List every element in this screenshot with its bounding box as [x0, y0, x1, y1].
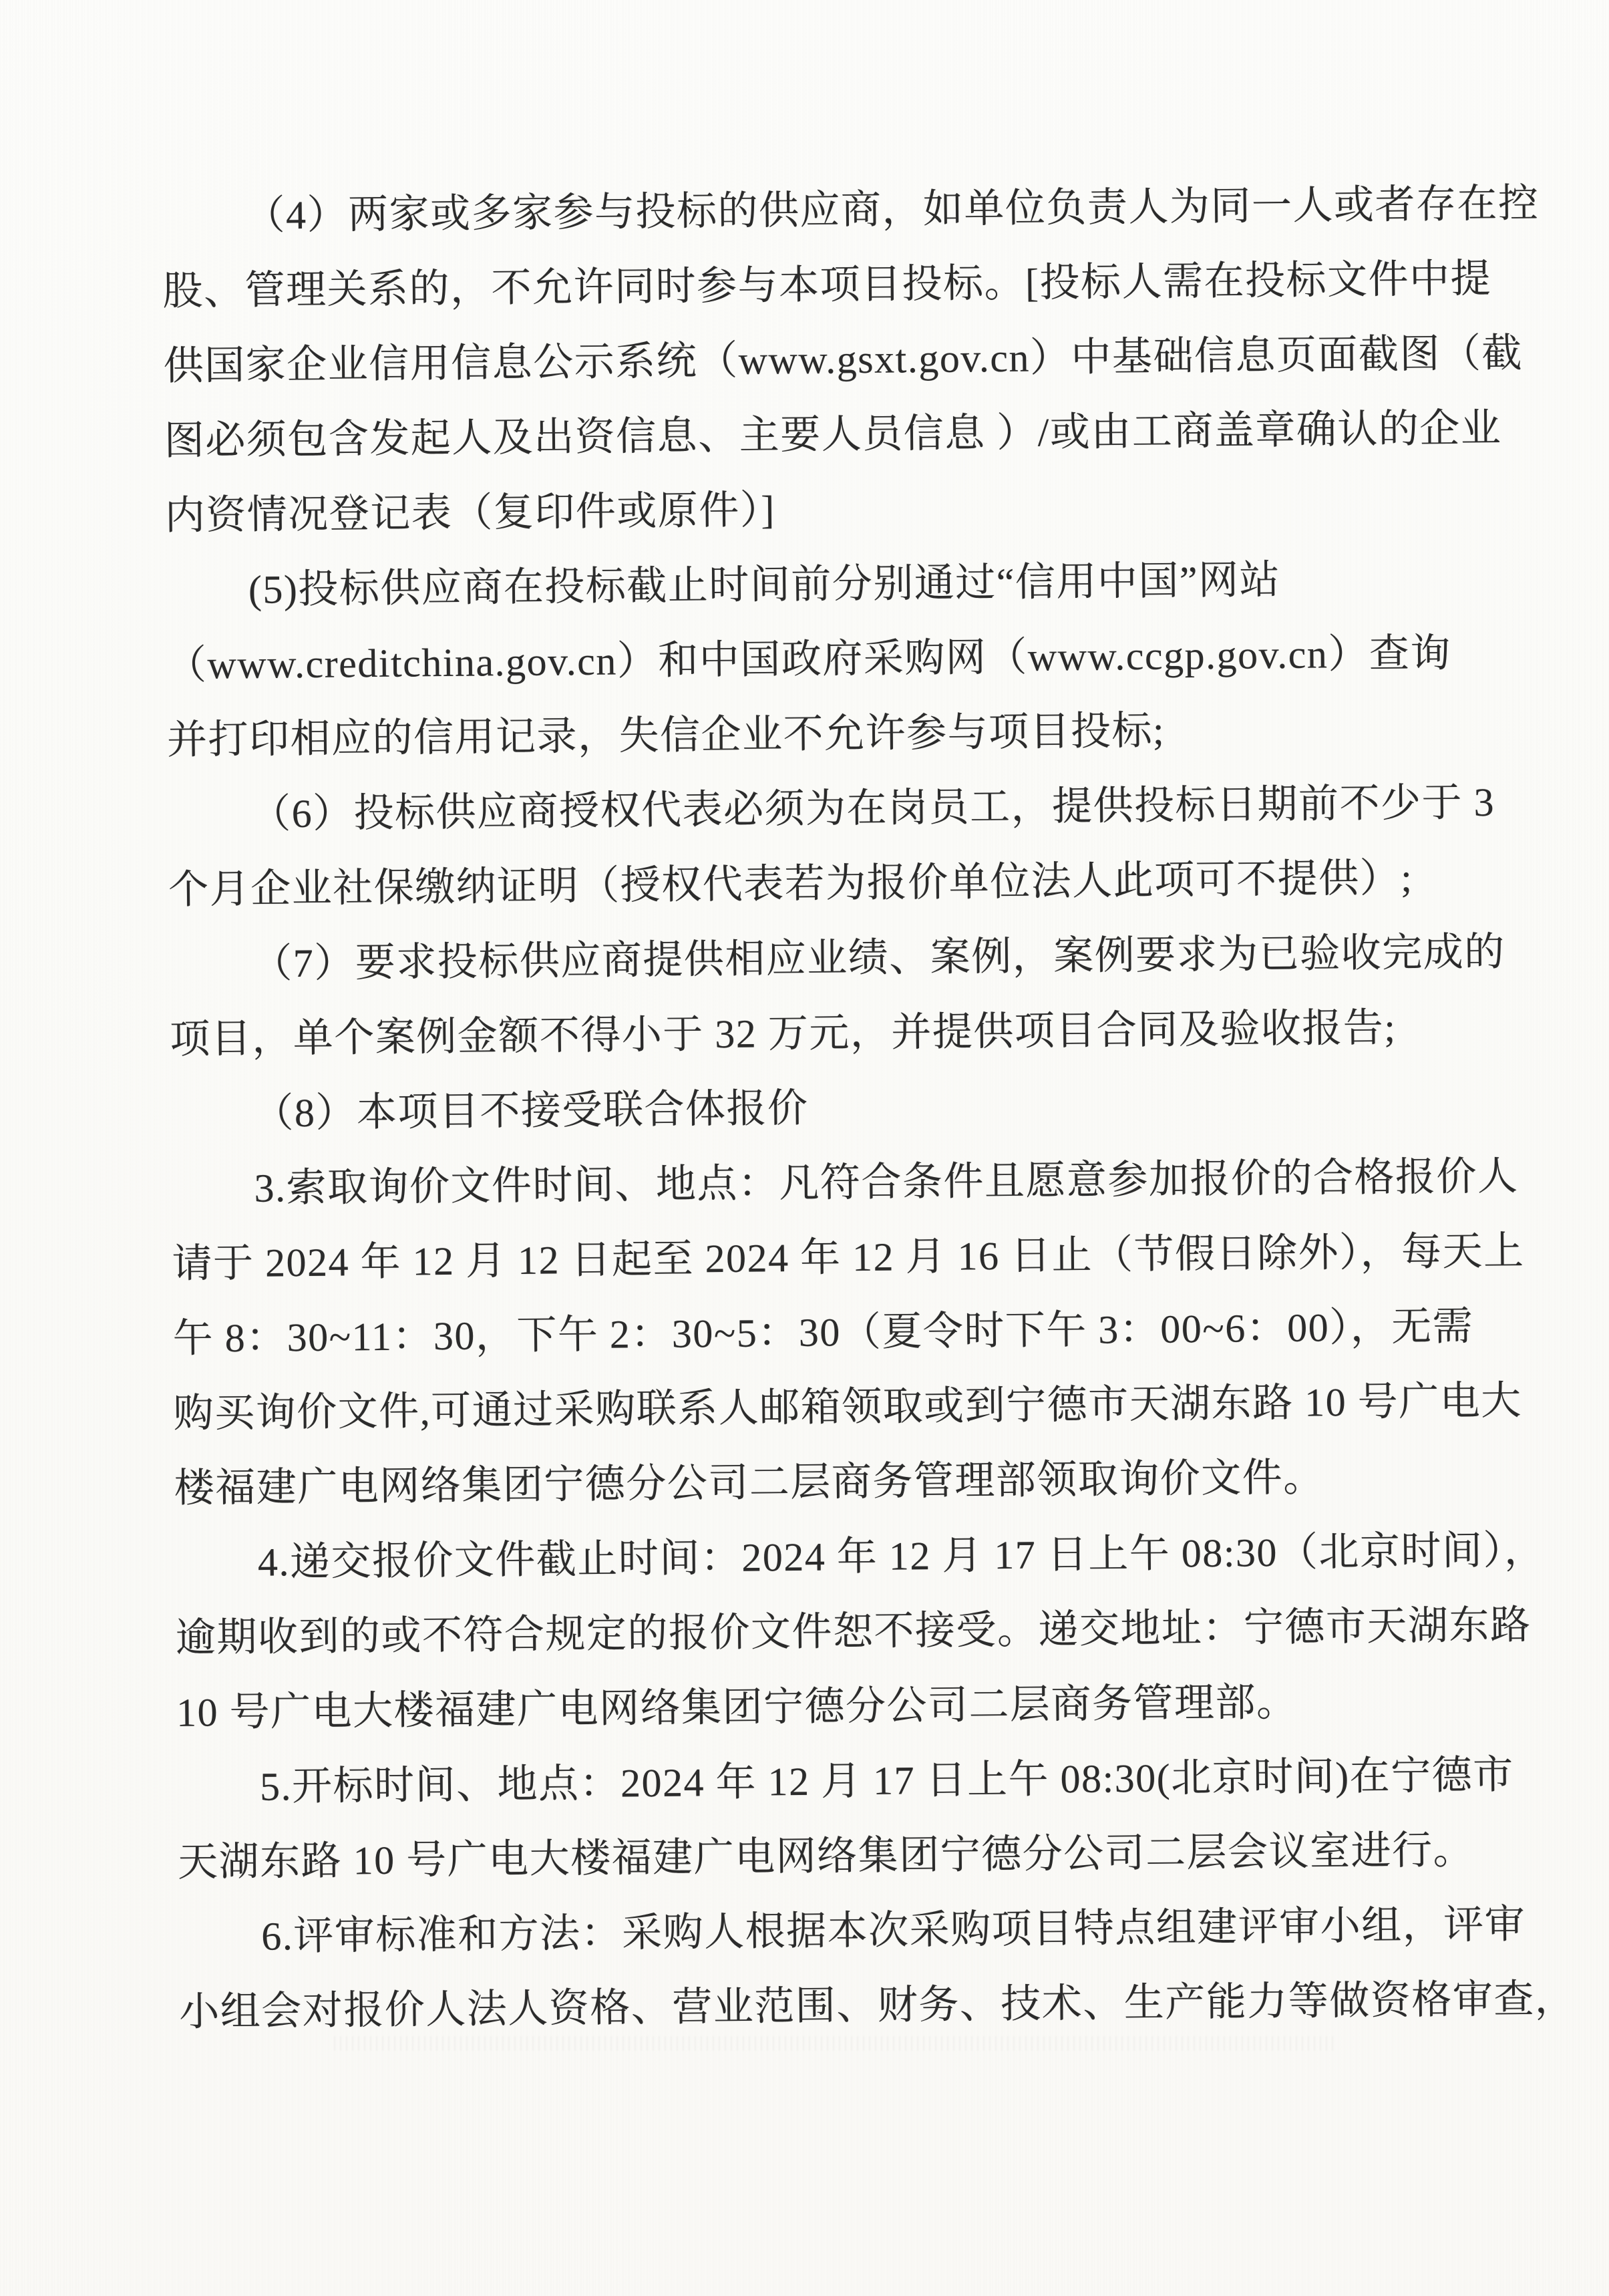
text-line: 4.递交报价文件截止时间：2024 年 12 月 17 日上午 08:30（北京… [174, 1513, 1501, 1601]
text-line: 供国家企业信用信息公示系统（www.gsxt.gov.cn）中基础信息页面截图（… [163, 316, 1489, 403]
text-line: 股、管理关系的，不允许同时参与本项目投标。[投标人需在投标文件中提 [162, 241, 1489, 329]
text-line: 图必须包含发起人及出资信息、主要人员信息 ）/或由工商盖章确认的企业 [164, 391, 1490, 478]
text-line: （8）本项目不接受联合体报价 [170, 1064, 1497, 1152]
text-line: 10 号广电大楼福建广电网络集团宁德分公司二层商务管理部。 [176, 1663, 1503, 1750]
text-line: 并打印相应的信用记录，失信企业不允许参与项目投标; [167, 690, 1493, 778]
text-line: 午 8：30~11：30，下午 2：30~5：30（夏令时下午 3：00~6：0… [172, 1289, 1499, 1376]
text-line: 天湖东路 10 号广电大楼福建广电网络集团宁德分公司二层会议室进行。 [178, 1812, 1504, 1900]
text-line: 请于 2024 年 12 月 12 日起至 2024 年 12 月 16 日止（… [172, 1214, 1498, 1301]
text-line: 个月企业社保缴纳证明（授权代表若为报价单位法人此项可不提供）; [168, 840, 1495, 927]
text-line: 3.索取询价文件时间、地点：凡符合条件且愿意参加报价的合格报价人 [171, 1139, 1497, 1226]
text-line: 内资情况登记表（复印件或原件）] [164, 466, 1491, 553]
text-line: 项目，单个案例金额不得小于 32 万元，并提供项目合同及验收报告; [170, 989, 1496, 1077]
scanned-document-page: （4）两家或多家参与投标的供应商，如单位负责人为同一人或者存在控 股、管理关系的… [0, 0, 1609, 2296]
text-line: （4）两家或多家参与投标的供应商，如单位负责人为同一人或者存在控 [162, 166, 1488, 254]
text-line: （6）投标供应商授权代表必须为在岗员工，提供投标日期前不少于 3 [168, 765, 1494, 852]
text-line: (5)投标供应商在投标截止时间前分别通过“信用中国”网站 [165, 540, 1491, 628]
text-line: 楼福建广电网络集团宁德分公司二层商务管理部领取询价文件。 [174, 1438, 1500, 1526]
text-line: （www.creditchina.gov.cn）和中国政府采购网（www.ccg… [166, 615, 1492, 703]
text-line: 5.开标时间、地点：2024 年 12 月 17 日上午 08:30(北京时间)… [177, 1738, 1503, 1825]
text-line: 6.评审标准和方法：采购人根据本次采购项目特点组建评审小组，评审 [178, 1887, 1505, 1975]
text-line: （7）要求投标供应商提供相应业绩、案例，案例要求为已验收完成的 [169, 915, 1495, 1002]
text-line: 逾期收到的或不符合规定的报价文件恕不接受。递交地址：宁德市天湖东路 [175, 1588, 1501, 1675]
text-line: 小组会对报价人法人资格、营业范围、财务、技术、生产能力等做资格审查， [179, 1962, 1505, 2049]
text-line: 购买询价文件,可通过采购联系人邮箱领取或到宁德市天湖东路 10 号广电大 [173, 1363, 1499, 1451]
document-body: （4）两家或多家参与投标的供应商，如单位负责人为同一人或者存在控 股、管理关系的… [162, 166, 1505, 2049]
